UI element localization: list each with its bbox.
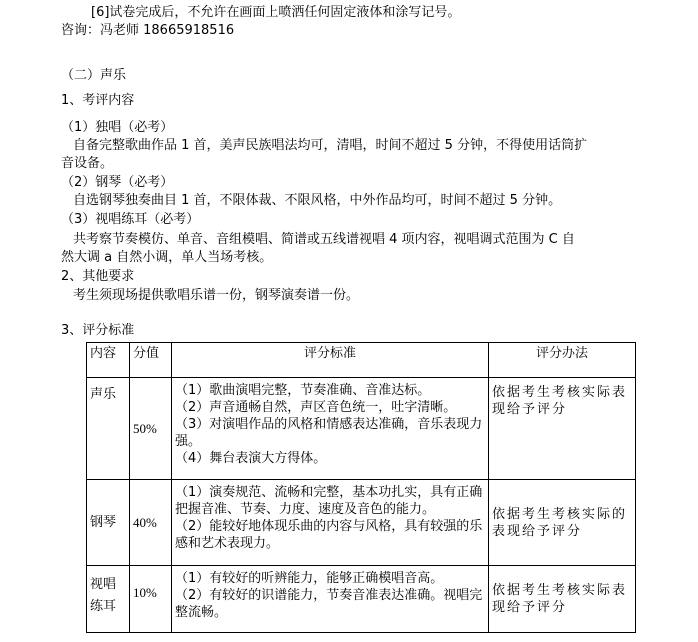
table-header-row: 内容 分值 评分标准 评分办法 [87,343,636,378]
criteria-line: （1）有较好的听辨能力，能够正确模唱音高。 [175,570,485,587]
table-row: 视唱练耳 10% （1）有较好的听辨能力，能够正确模唱音高。 （2）有较好的识谱… [87,566,636,633]
criteria-line: （2）声音通畅自然，声区音色统一，吐字清晰。 [175,399,485,416]
heading-other-requirements: 2、其他要求 [61,268,134,286]
row-score: 10% [130,566,172,633]
criteria-line: （2）有较好的识谱能力，节奏音准表达准确。视唱完整流畅。 [175,587,485,621]
table-row: 钢琴 40% （1）演奏规范、流畅和完整，基本功扎实，具有正确把握音准、节奏、力… [87,480,636,566]
criteria-line: （1）歌曲演唱完整，节奏准确、音准达标。 [175,382,485,399]
header-method: 评分办法 [489,343,636,378]
row-criteria: （1）有较好的听辨能力，能够正确模唱音高。 （2）有较好的识谱能力，节奏音准表达… [172,566,489,633]
other-requirements-text: 考生须现场提供歌唱乐谱一份，钢琴演奏谱一份。 [73,287,359,305]
row-criteria: （1）演奏规范、流畅和完整，基本功扎实，具有正确把握音准、节奏、力度、速度及音色… [172,480,489,566]
item-piano-title: （2）钢琴（必考） [61,174,173,192]
row-content: 声乐 [87,378,130,480]
row-content: 视唱练耳 [87,566,130,633]
rule-6-text: [6]试卷完成后，不允许在画面上喷洒任何固定液体和涂写记号。 [91,4,460,22]
contact-text: 咨询：冯老师 18665918516 [61,22,234,40]
item-solfege-title: （3）视唱练耳（必考） [61,211,199,229]
scoring-table: 内容 分值 评分标准 评分办法 声乐 50% （1）歌曲演唱完整，节奏准确、音准… [86,342,636,633]
header-content: 内容 [87,343,130,378]
item-solfege-text-2: 然大调 a 自然小调，单人当场考核。 [61,249,272,267]
criteria-line: （1）演奏规范、流畅和完整，基本功扎实，具有正确把握音准、节奏、力度、速度及音色… [175,484,485,518]
row-method: 依据考生考核实际表现给予评分 [489,378,636,480]
row-content: 钢琴 [87,480,130,566]
row-criteria: （1）歌曲演唱完整，节奏准确、音准达标。 （2）声音通畅自然，声区音色统一，吐字… [172,378,489,480]
header-score: 分值 [130,343,172,378]
item-piano-text: 自选钢琴独奏曲目 1 首，不限体裁、不限风格，中外作品均可，时间不超过 5 分钟… [73,192,561,210]
item-solo-text-2: 音设备。 [61,155,113,173]
criteria-line: （4）舞台表演大方得体。 [175,450,485,467]
table-row: 声乐 50% （1）歌曲演唱完整，节奏准确、音准达标。 （2）声音通畅自然，声区… [87,378,636,480]
row-method: 依据考生考核实际表现给予评分 [489,566,636,633]
header-criteria: 评分标准 [172,343,489,378]
section-title: （二）声乐 [61,67,126,85]
heading-assessment-content: 1、考评内容 [61,92,134,110]
heading-scoring-standard: 3、评分标准 [61,322,134,340]
item-solo-title: （1）独唱（必考） [61,119,173,137]
criteria-line: （3）对演唱作品的风格和情感表达准确，音乐表现力强。 [175,416,485,450]
item-solo-text-1: 自备完整歌曲作品 1 首，美声民族唱法均可，清唱，时间不超过 5 分钟，不得使用… [73,137,587,155]
row-score: 50% [130,378,172,480]
row-method: 依据考生考核实际的表现给予评分 [489,480,636,566]
row-score: 40% [130,480,172,566]
item-solfege-text-1: 共考察节奏模仿、单音、音组模唱、简谱或五线谱视唱 4 项内容，视唱调式范围为 C… [73,231,575,249]
criteria-line: （2）能较好地体现乐曲的内容与风格，具有较强的乐感和艺术表现力。 [175,518,485,552]
